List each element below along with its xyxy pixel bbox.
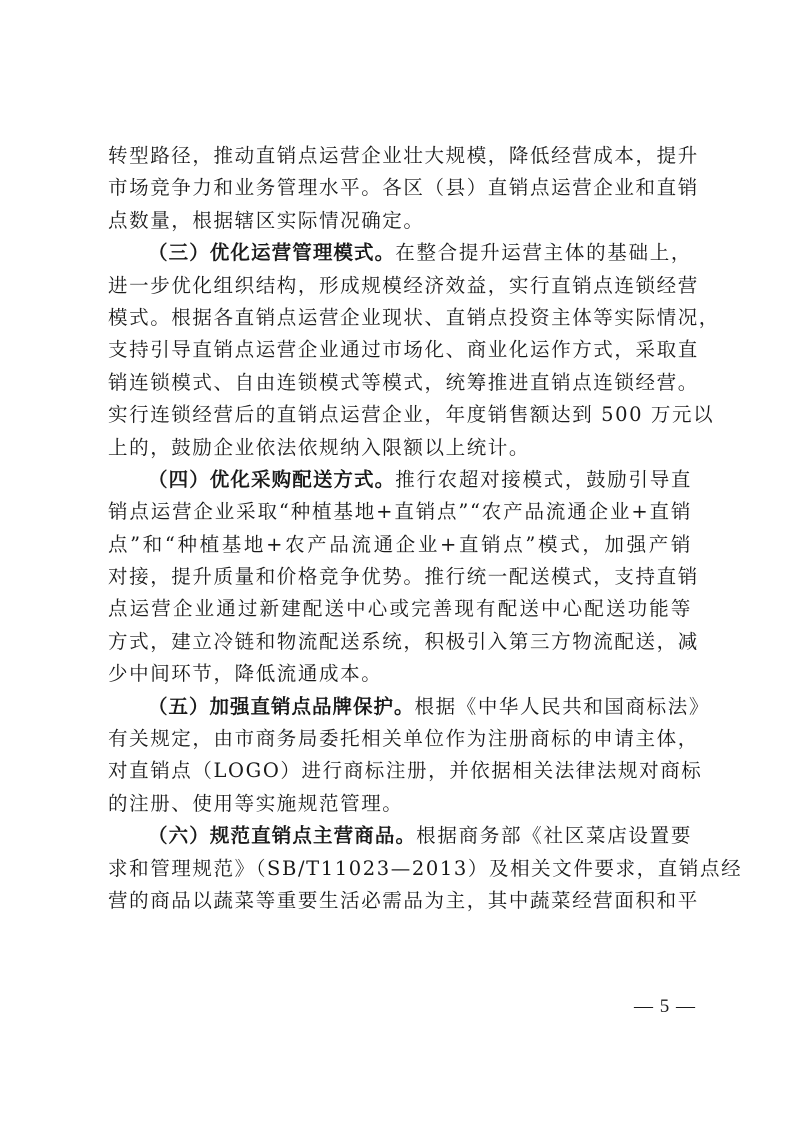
text-line: 方式，建立冷链和物流配送系统，积极引入第三方物流配送，减 — [108, 626, 692, 658]
paragraph-continuation: 转型路径，推动直销点运营企业壮大规模，降低经营成本，提升 市场竞争力和业务管理水… — [108, 140, 692, 237]
text-line: 销点运营企业采取“种植基地+直销点”“农产品流通企业+直销 — [108, 496, 692, 528]
text-line: 求和管理规范》（SB/T11023—2013）及相关文件要求，直销点经 — [108, 853, 692, 885]
section-heading: （六）规范直销点主营商品。 — [148, 824, 416, 847]
text-line: 销连锁模式、自由连锁模式等模式，统筹推进直销点连锁经营。 — [108, 367, 692, 399]
text-line: （四）优化采购配送方式。推行农超对接模式，鼓励引导直 — [108, 464, 692, 496]
text-line: 营的商品以蔬菜等重要生活必需品为主，其中蔬菜经营面积和平 — [108, 885, 692, 917]
text-line: 转型路径，推动直销点运营企业壮大规模，降低经营成本，提升 — [108, 140, 692, 172]
section-heading: （三）优化运营管理模式。 — [148, 241, 395, 264]
text-line: 点数量，根据辖区实际情况确定。 — [108, 205, 692, 237]
text-line: 对直销点（LOGO）进行商标注册，并依据相关法律法规对商标 — [108, 755, 692, 787]
page-number: — 5 — — [634, 996, 696, 1018]
text-line: （五）加强直销点品牌保护。根据《中华人民共和国商标法》 — [108, 691, 692, 723]
text-line: 进一步优化组织结构，形成规模经济效益，实行直销点连锁经营 — [108, 270, 692, 302]
section-heading: （五）加强直销点品牌保护。 — [148, 695, 415, 718]
paragraph-section-4: （四）优化采购配送方式。推行农超对接模式，鼓励引导直 销点运营企业采取“种植基地… — [108, 464, 692, 691]
text-run: 推行农超对接模式，鼓励引导直 — [395, 468, 692, 491]
text-line: 有关规定，由市商务局委托相关单位作为注册商标的申请主体， — [108, 723, 692, 755]
text-line: 对接，提升质量和价格竞争优势。推行统一配送模式，支持直销 — [108, 561, 692, 593]
paragraph-section-6: （六）规范直销点主营商品。根据商务部《社区菜店设置要 求和管理规范》（SB/T1… — [108, 820, 692, 917]
text-run: 根据《中华人民共和国商标法》 — [415, 695, 710, 718]
text-line: 市场竞争力和业务管理水平。各区（县）直销点运营企业和直销 — [108, 172, 692, 204]
document-body: 转型路径，推动直销点运营企业壮大规模，降低经营成本，提升 市场竞争力和业务管理水… — [108, 140, 692, 917]
paragraph-section-5: （五）加强直销点品牌保护。根据《中华人民共和国商标法》 有关规定，由市商务局委托… — [108, 691, 692, 821]
text-line: 点”和“种植基地+农产品流通企业+直销点”模式，加强产销 — [108, 529, 692, 561]
text-run: 根据商务部《社区菜店设置要 — [416, 824, 692, 847]
text-line: 少中间环节，降低流通成本。 — [108, 658, 692, 690]
text-line: 实行连锁经营后的直销点运营企业，年度销售额达到 500 万元以 — [108, 399, 692, 431]
text-line: 的注册、使用等实施规范管理。 — [108, 788, 692, 820]
section-heading: （四）优化采购配送方式。 — [148, 468, 395, 491]
text-line: 点运营企业通过新建配送中心或完善现有配送中心配送功能等 — [108, 593, 692, 625]
text-line: （六）规范直销点主营商品。根据商务部《社区菜店设置要 — [108, 820, 692, 852]
text-line: 支持引导直销点运营企业通过市场化、商业化运作方式，采取直 — [108, 334, 692, 366]
text-line: （三）优化运营管理模式。在整合提升运营主体的基础上， — [108, 237, 692, 269]
text-run: 在整合提升运营主体的基础上， — [395, 241, 692, 264]
text-line: 模式。根据各直销点运营企业现状、直销点投资主体等实际情况， — [108, 302, 692, 334]
paragraph-section-3: （三）优化运营管理模式。在整合提升运营主体的基础上， 进一步优化组织结构，形成规… — [108, 237, 692, 464]
text-line: 上的，鼓励企业依法依规纳入限额以上统计。 — [108, 432, 692, 464]
